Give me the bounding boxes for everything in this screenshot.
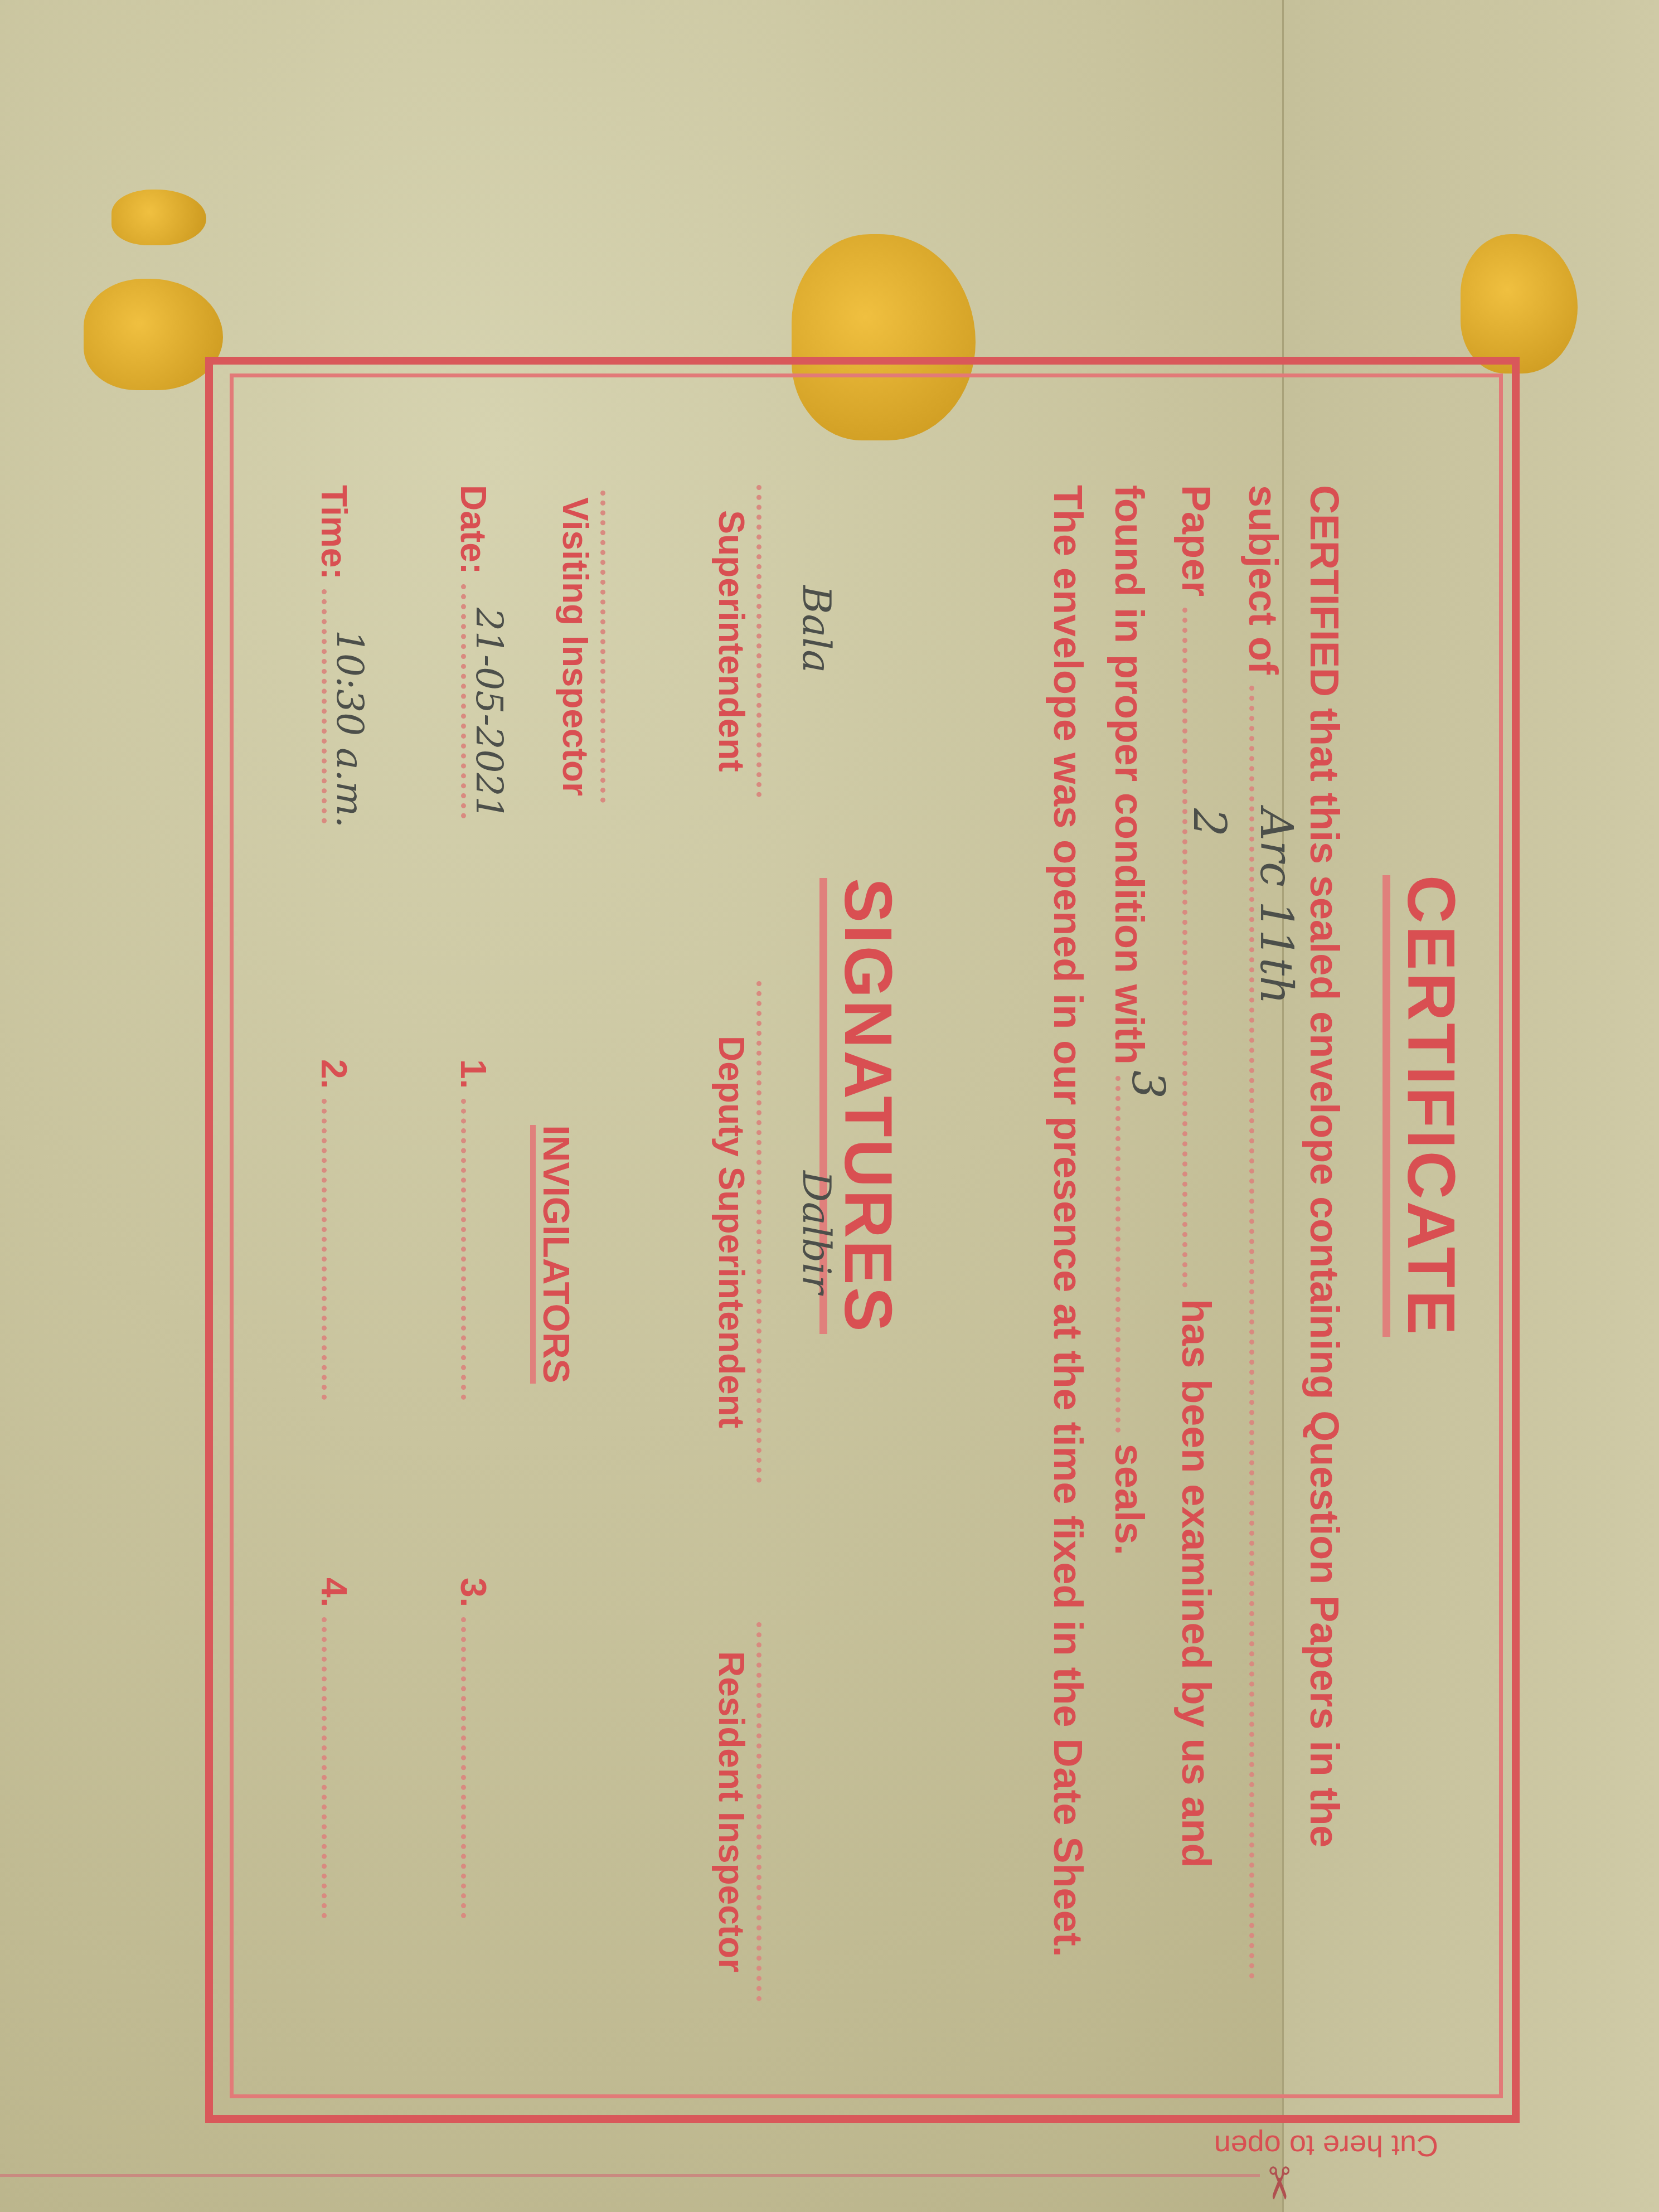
invigilator-3: 3. xyxy=(453,1578,494,1918)
superintendent-signature: Bala xyxy=(794,585,840,673)
superintendent-block: Superintendent xyxy=(711,485,767,797)
resident-inspector-block: Resident Inspector xyxy=(711,1617,767,2007)
seals-label: seals. xyxy=(1107,1444,1151,1555)
invigilator-4: 4. xyxy=(313,1578,355,1918)
scissors-icon[interactable]: ✂ xyxy=(1253,2165,1304,2202)
deputy-signature-line[interactable] xyxy=(756,981,767,1483)
certificate-title: CERTIFICATE xyxy=(1393,0,1469,2212)
seals-field[interactable] xyxy=(1115,1076,1126,1433)
resident-signature-line[interactable] xyxy=(756,1622,767,2001)
superintendent-signature-line[interactable] xyxy=(756,485,767,797)
certificate-line-3: Paper has been examined by us and xyxy=(1173,485,1219,1867)
invigilator-1-line[interactable] xyxy=(461,1099,472,1400)
paper-label: Paper xyxy=(1173,485,1218,596)
invigilator-4-line[interactable] xyxy=(322,1617,332,1918)
paper-value: 2 xyxy=(1183,808,1235,837)
deputy-superintendent-block: Deputy Superintendent xyxy=(711,976,767,1488)
subject-label: subject of xyxy=(1240,485,1285,675)
invigilator-1: 1. xyxy=(453,1059,494,1400)
invigilator-3-line[interactable] xyxy=(461,1617,472,1918)
cut-here-label: Cut here to open xyxy=(1214,2128,1438,2163)
subject-value: Arc 11th xyxy=(1250,808,1302,1005)
examined-text: has been examined by us and xyxy=(1173,1299,1218,1867)
seals-value: 3 xyxy=(1122,1070,1174,1099)
certificate-document: CERTIFICATE CERTIFIED that this sealed e… xyxy=(0,0,1659,2212)
invigilator-2: 2. xyxy=(313,1059,355,1400)
visiting-inspector-block: Visiting Inspector xyxy=(555,485,611,808)
date-label: Date: xyxy=(453,485,493,574)
signatures-title: SIGNATURES xyxy=(829,0,906,2212)
date-value: 21-05-2021 xyxy=(468,608,511,820)
visiting-signature-line[interactable] xyxy=(600,491,611,803)
cut-line[interactable] xyxy=(0,2174,1260,2177)
condition-text: found in proper condition with xyxy=(1107,485,1151,1065)
invigilators-heading: INVIGILATORS xyxy=(535,1059,578,1449)
certificate-line-1: CERTIFIED that this sealed envelope cont… xyxy=(1301,485,1347,1847)
invigilator-2-line[interactable] xyxy=(322,1099,332,1400)
certificate-line-4: found in proper condition with seals. xyxy=(1106,485,1152,1555)
time-label: Time: xyxy=(314,485,354,580)
deputy-signature: Dalbir xyxy=(794,1171,840,1294)
paper-field[interactable] xyxy=(1182,608,1193,1288)
certificate-line-5: The envelope was opened in our presence … xyxy=(1045,485,1090,1957)
time-value: 10:30 a.m. xyxy=(328,630,371,828)
certificate-line-2: subject of xyxy=(1240,485,1286,1979)
